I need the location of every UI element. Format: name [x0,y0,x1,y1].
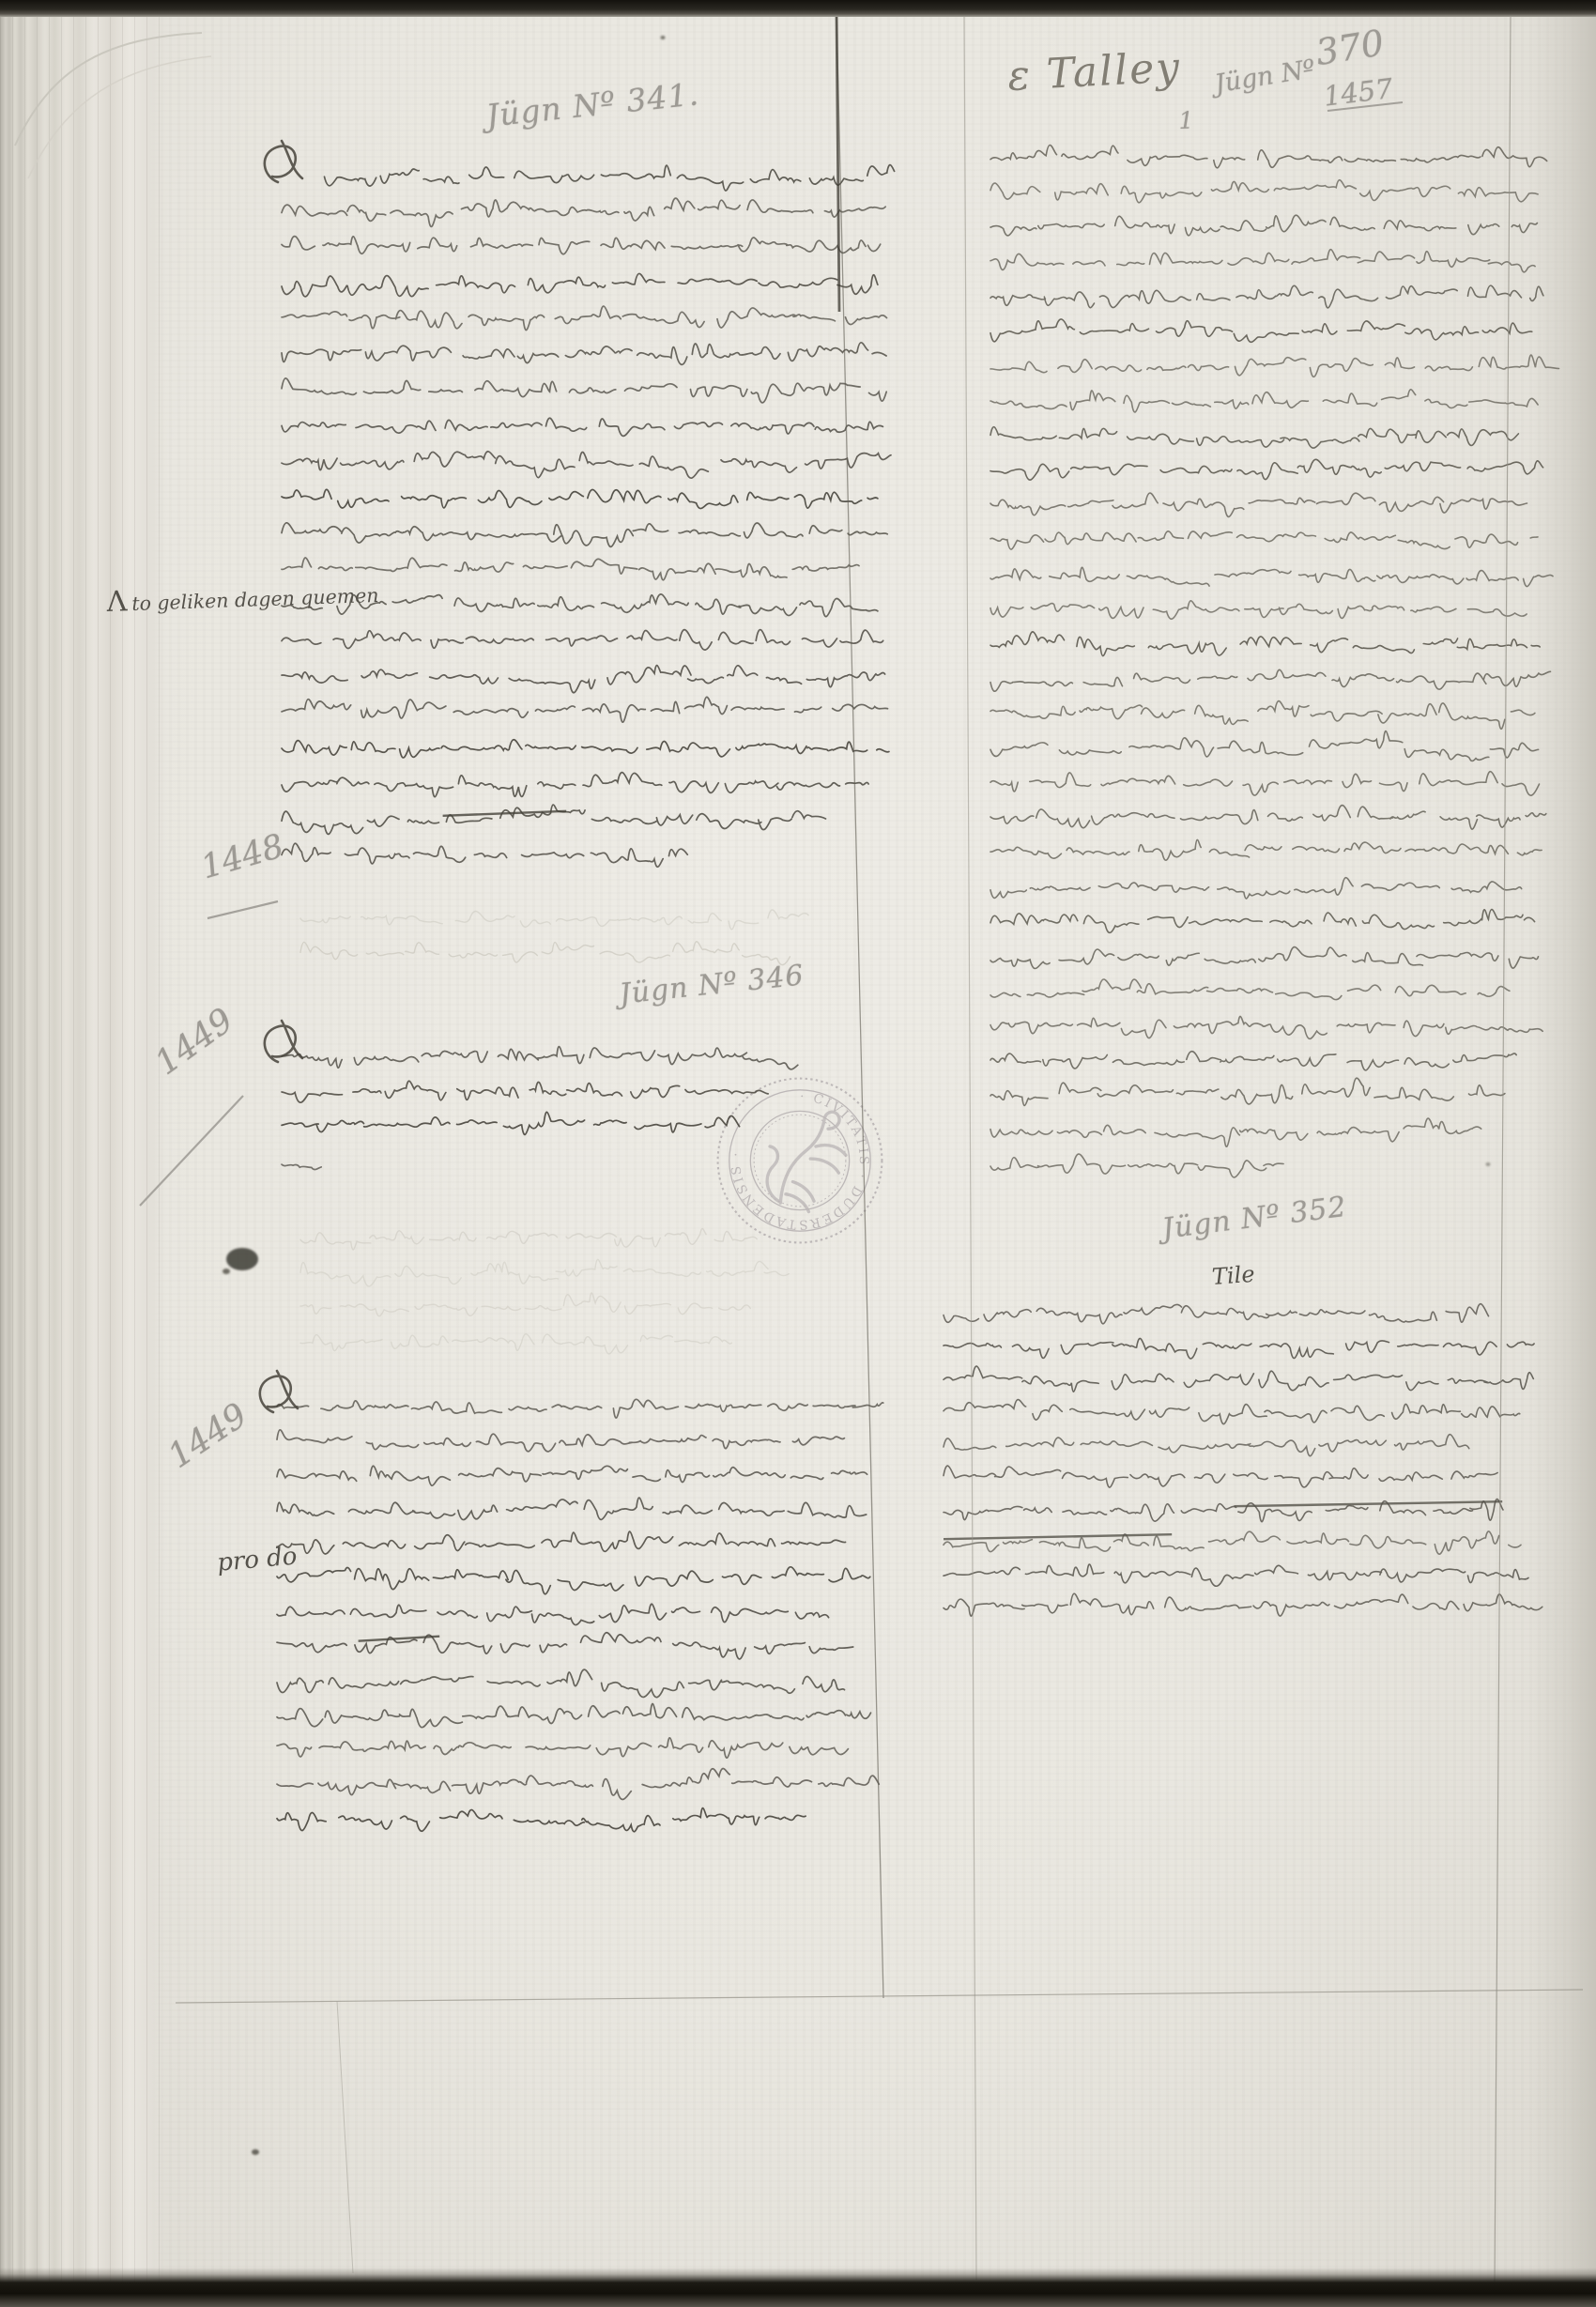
entry-370-text-line-19 [990,772,1540,796]
entry-341-text-line-11 [282,523,887,546]
ink-blotch-dot [223,1269,230,1274]
entry-341-text [265,141,895,867]
bleedthrough-left-b-line-4 [300,1334,731,1354]
entry-1449-text-line-8 [277,1633,853,1659]
column-divider-rule [836,13,883,1998]
entry-341-text-initial-flourish [265,141,302,182]
bleedthrough-left-b-line-2 [300,1259,789,1286]
manuscript-scan-page: · CIVITATIS · DUDERSTADENSIS · ε Talley … [0,0,1596,2307]
entry-346-text [265,1021,798,1170]
entry-1449-text-line-10 [277,1704,871,1728]
entry-370-text-line-23 [990,910,1535,933]
entry-370-text-line-7 [990,355,1559,377]
entry-370-text [990,145,1559,1177]
interlinear-insert-tile: Tile [1211,1261,1255,1290]
entry-1449-text-line-4 [277,1498,867,1519]
entry-1449-text-initial-flourish [260,1371,298,1412]
entry-370-text-line-5 [990,285,1543,308]
entry-1449-text-line-11 [277,1738,848,1758]
entry-1449-text [260,1371,883,1832]
bleedthrough-left-a-line-2 [300,942,790,965]
entry-352-text-line-10 [944,1593,1542,1616]
entry-352-text-line-6 [944,1466,1497,1487]
entry-341-text-line-4 [282,273,878,296]
entry-1449-text-line-6 [277,1567,870,1594]
speck-right-column [1486,1162,1491,1166]
entry-370-text-line-13 [990,567,1553,586]
entry-1449-text-line-5 [277,1531,845,1554]
pencil-tick-mark: 1 [1178,106,1194,134]
bleedthrough-left-b [300,1229,789,1354]
entry-341-text-line-8 [282,418,882,436]
entry-370-text-line-28 [990,1078,1505,1105]
entry-370-text-line-6 [990,319,1532,342]
bottom-left-crease [337,2001,353,2273]
entry-341-text-line-1 [325,165,895,191]
entry-370-text-line-4 [990,250,1535,272]
entry-352-text-line-8 [944,1531,1521,1554]
entry-346-text-line-4 [282,1164,321,1169]
entry-1449-text-line-3 [277,1466,867,1485]
entry-370-text-line-14 [990,601,1527,619]
ink-dot-bottom [252,2149,259,2155]
entry-346-text-line-3 [282,1112,740,1134]
column-divider-ink-mark [836,13,839,312]
entry-341-text-line-3 [282,237,881,254]
center-fold-line [964,14,976,2280]
entry-370-text-line-10 [990,459,1543,480]
entry-1449-text-line-2 [277,1430,844,1452]
entry-341-text-line-18 [282,773,868,797]
entry-352-text-line-3 [944,1366,1533,1392]
entry-341-text-line-7 [282,378,886,403]
entry-370-text-line-16 [990,669,1551,691]
entry-346-text-line-1 [282,1047,798,1069]
entry-370-text-line-30 [990,1154,1283,1177]
entry-352-text-strikethrough-8 [944,1534,1172,1539]
insertion-caret-mark: Λ [106,585,128,619]
slash-under-1449 [140,1096,243,1206]
entry-341-text-line-6 [282,343,886,365]
ink-blotch [226,1248,258,1270]
entry-370-text-line-17 [990,701,1535,730]
entry-341-text-line-16 [282,697,888,722]
entry-352-text [944,1304,1542,1616]
entry-341-text-line-14 [282,630,883,651]
entry-370-text-line-3 [990,215,1537,236]
top-left-fold-arc [15,33,202,146]
entry-370-text-line-24 [990,947,1539,969]
book-edge-top [0,0,1596,17]
entry-341-text-line-15 [282,666,885,693]
top-ink-inscription: ε Talley [1006,43,1182,100]
entry-1449-text-line-12 [277,1768,879,1799]
entry-341-text-line-9 [282,452,891,478]
entry-370-text-line-20 [990,806,1546,830]
bottom-horizontal-rule [176,1990,1583,2003]
entry-370-text-line-15 [990,632,1540,656]
entry-370-text-line-25 [990,979,1510,1000]
bleedthrough-left-b-line-3 [300,1293,750,1316]
entry-370-text-line-21 [990,839,1542,860]
entry-370-text-line-12 [990,531,1538,549]
entry-352-text-line-4 [944,1400,1520,1424]
entry-341-text-line-10 [282,489,878,508]
entry-370-text-line-9 [990,427,1518,448]
speck-top [661,36,666,39]
entry-1449-text-strikethrough-8 [359,1637,440,1641]
entry-1449-text-line-1 [277,1399,883,1418]
handwriting-layer [0,0,1596,2307]
entry-352-text-strikethrough-7 [1235,1501,1503,1506]
bleedthrough-left-b-line-1 [300,1229,757,1250]
entry-370-text-line-11 [990,493,1527,516]
entry-370-text-line-29 [990,1118,1481,1146]
top-left-fold-arc-2 [28,56,211,178]
entry-1449-text-line-7 [277,1604,829,1624]
entry-352-text-line-1 [944,1304,1489,1324]
entry-352-text-line-2 [944,1338,1534,1358]
entry-370-text-line-26 [990,1016,1542,1038]
entry-370-text-line-8 [990,390,1538,412]
book-edge-bottom [0,2268,1596,2307]
entry-341-text-line-20 [282,843,687,867]
entry-352-text-line-5 [944,1435,1469,1456]
entry-341-text-line-19 [282,805,826,834]
entry-370-text-line-18 [990,731,1539,761]
entry-370-text-line-27 [990,1052,1516,1070]
entry-341-text-line-17 [282,740,889,758]
entry-370-text-line-2 [990,180,1538,203]
entry-1449-text-line-9 [277,1669,845,1697]
entry-341-text-line-5 [282,306,887,330]
entry-1449-text-line-13 [277,1808,806,1832]
bleedthrough-left-a-line-1 [300,910,808,930]
margin-note-text: to geliken dagen quemen [131,584,379,615]
underline-1448 [207,901,278,918]
entry-352-text-line-9 [944,1564,1528,1586]
entry-370-text-line-1 [990,145,1547,167]
entry-370-text-line-22 [990,878,1522,899]
right-margin-rule [1495,17,1511,2282]
bleedthrough-left-a [300,910,808,965]
entry-341-text-line-2 [282,198,885,226]
entry-346-text-line-2 [282,1081,768,1102]
